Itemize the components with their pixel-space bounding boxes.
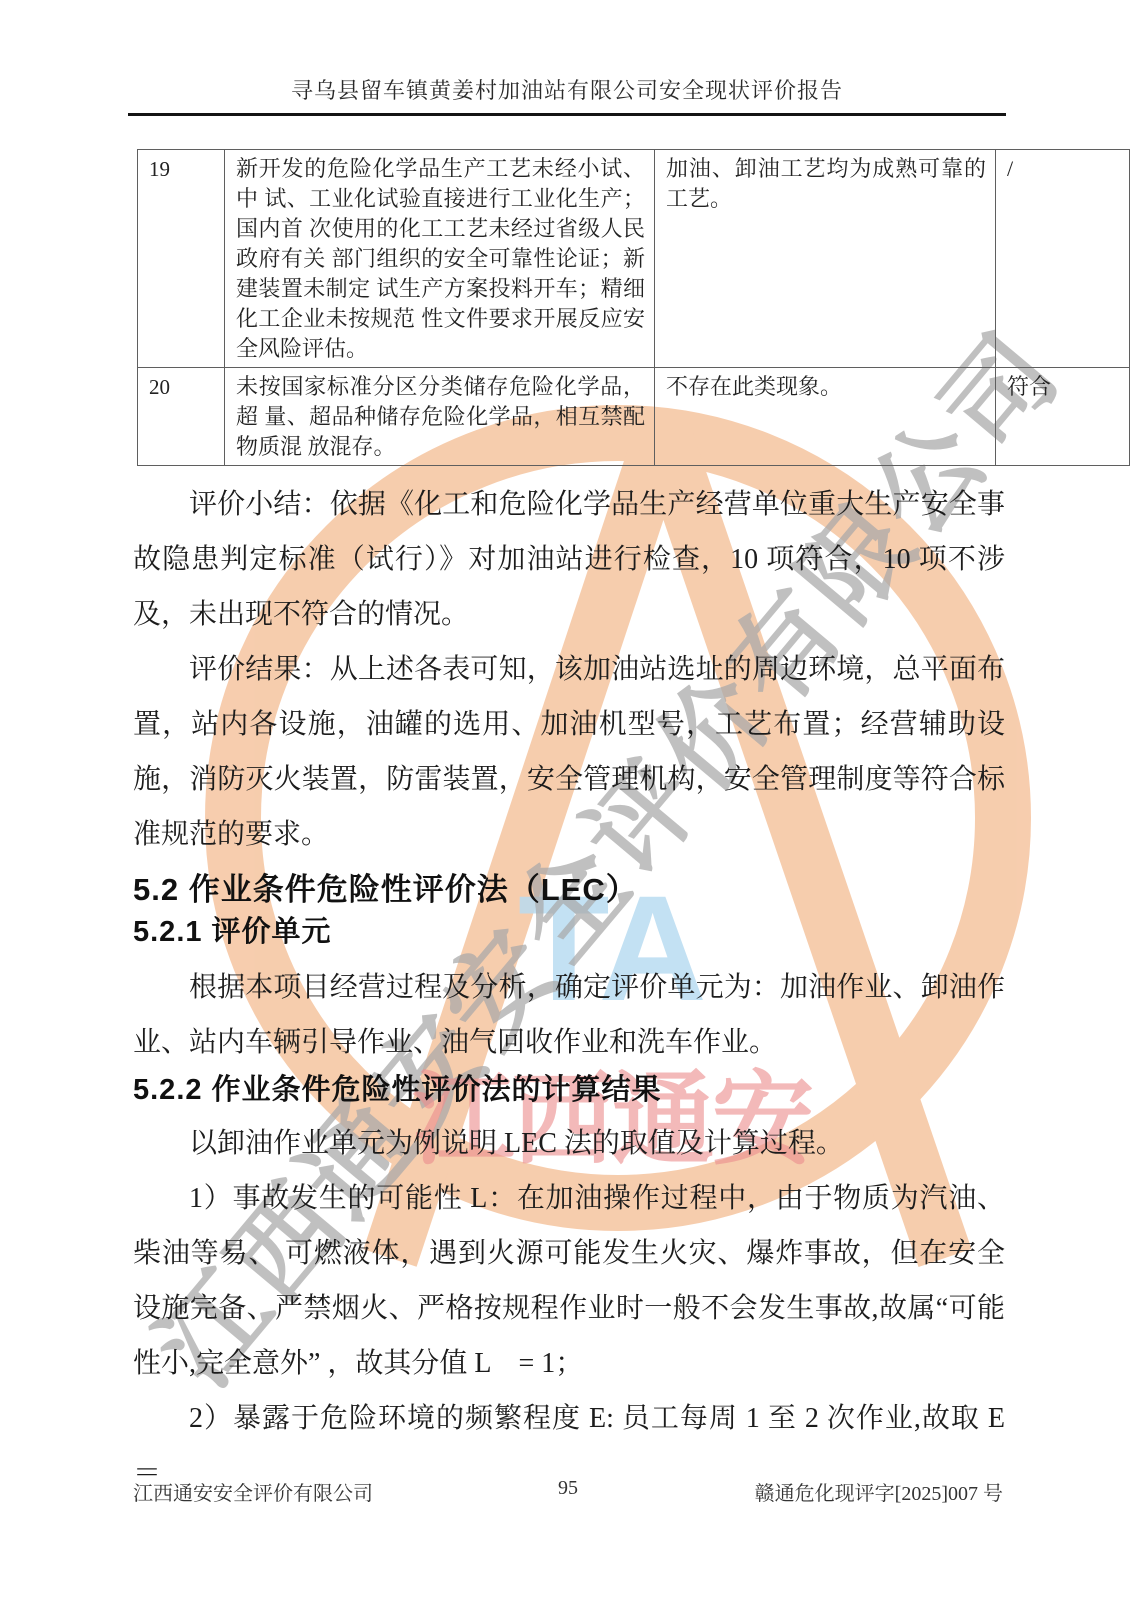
report-title: 寻乌县留车镇黄姜村加油站有限公司安全现状评价报告 bbox=[291, 78, 843, 103]
finding-cell: 加油、卸油工艺均为成熟可靠的工艺。 bbox=[655, 150, 996, 368]
footer-company-name: 江西通安安全评价有限公司 bbox=[133, 1477, 373, 1506]
header-rule bbox=[128, 113, 1006, 116]
page-number: 95 bbox=[558, 1477, 578, 1500]
section-5-2-2-heading: 5.2.2 作业条件危险性评价法的计算结果 bbox=[133, 1070, 1005, 1110]
page-header: 寻乌县留车镇黄姜村加油站有限公司安全现状评价报告 bbox=[128, 0, 1006, 105]
check-item-cell: 新开发的危险化学品生产工艺未经小试、中 试、工业化试验直接进行工业化生产；国内首… bbox=[225, 150, 655, 368]
page-footer: 江西通安安全评价有限公司 95 赣通危化现评字[2025]007 号 bbox=[133, 1477, 1003, 1507]
footer-doc-number: 赣通危化现评字[2025]007 号 bbox=[755, 1477, 1003, 1506]
evaluation-summary-paragraph: 评价小结：依据《化工和危险化学品生产经营单位重大生产安全事故隐患判定标准（试行）… bbox=[133, 477, 1005, 642]
section-5-2-1-heading: 5.2.1 评价单元 bbox=[133, 912, 1005, 952]
lec-intro-paragraph: 以卸油作业单元为例说明 LEC 法的取值及计算过程。 bbox=[133, 1116, 1005, 1171]
document-body: 评价小结：依据《化工和危险化学品生产经营单位重大生产安全事故隐患判定标准（试行）… bbox=[133, 477, 1005, 1501]
check-item-cell: 未按国家标准分区分类储存危险化学品，超 量、超品种储存危险化学品，相互禁配物质混… bbox=[225, 368, 655, 466]
table-row: 20 未按国家标准分区分类储存危险化学品，超 量、超品种储存危险化学品，相互禁配… bbox=[138, 368, 1130, 466]
conclusion-cell: / bbox=[996, 150, 1130, 368]
row-number-cell: 19 bbox=[138, 150, 225, 368]
lec-likelihood-paragraph: 1）事故发生的可能性 L：在加油操作过程中，由于物质为汽油、柴油等易、 可燃液体… bbox=[133, 1171, 1005, 1391]
hazard-checklist-table: 19 新开发的危险化学品生产工艺未经小试、中 试、工业化试验直接进行工业化生产；… bbox=[137, 149, 1130, 466]
report-page: TA 江西通安安全评价有限公司 江西通安 寻乌县留车镇黄姜村加油站有限公司安全现… bbox=[0, 0, 1131, 1600]
table-row: 19 新开发的危险化学品生产工艺未经小试、中 试、工业化试验直接进行工业化生产；… bbox=[138, 150, 1130, 368]
conclusion-cell: 符合 bbox=[996, 368, 1130, 466]
evaluation-units-paragraph: 根据本项目经营过程及分析，确定评价单元为：加油作业、卸油作业、站内车辆引导作业、… bbox=[133, 960, 1005, 1070]
evaluation-result-paragraph: 评价结果：从上述各表可知，该加油站选址的周边环境，总平面布置，站内各设施，油罐的… bbox=[133, 642, 1005, 862]
section-5-2-heading: 5.2 作业条件危险性评价法（LEC） bbox=[133, 868, 1005, 912]
finding-cell: 不存在此类现象。 bbox=[655, 368, 996, 466]
row-number-cell: 20 bbox=[138, 368, 225, 466]
